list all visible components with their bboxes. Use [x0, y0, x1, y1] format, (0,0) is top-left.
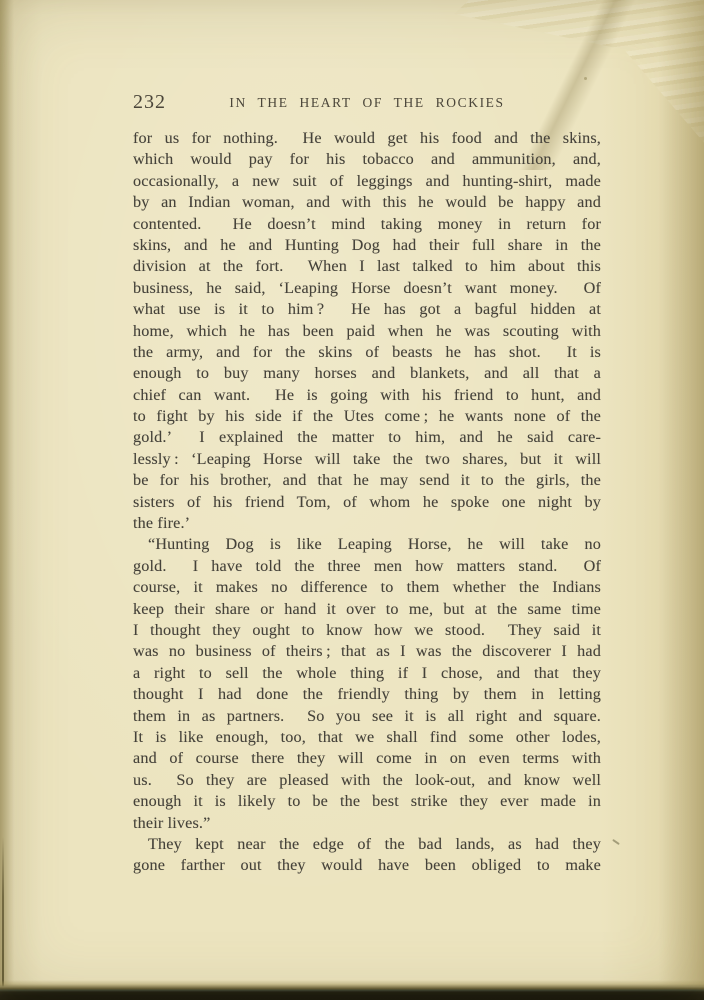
left-page-edge-line — [2, 837, 4, 987]
text-line: the fire.’ — [133, 513, 601, 534]
page-text: for us for nothing. He would get his foo… — [133, 128, 601, 877]
text-line: a right to sell the whole thing if I cho… — [133, 663, 601, 684]
left-page-edge-shading — [0, 0, 14, 986]
text-line: and of course there they will come in on… — [133, 748, 601, 769]
text-line: occasionally, a new suit of leggings and… — [133, 171, 601, 192]
text-line: thought I had done the friendly thing by… — [133, 684, 601, 705]
text-line: business, he said, ‘Leaping Horse doesn’… — [133, 278, 601, 299]
text-line: They kept near the edge of the bad lands… — [133, 834, 601, 855]
text-line: sisters of his friend Tom, of whom he sp… — [133, 492, 601, 513]
text-line: their lives.” — [133, 813, 601, 834]
text-line: enough to buy many horses and blankets, … — [133, 363, 601, 384]
text-line: the army, and for the skins of beasts he… — [133, 342, 601, 363]
running-title: IN THE HEART OF THE ROCKIES — [133, 95, 601, 111]
text-line: to fight by his side if the Utes come ; … — [133, 406, 601, 427]
text-line: gold. I have told the three men how matt… — [133, 556, 601, 577]
text-line: gone farther out they would have been ob… — [133, 855, 601, 876]
book-bottom-edge-shadow — [0, 980, 704, 1000]
text-line: was no business of theirs ; that as I wa… — [133, 641, 601, 662]
text-line: keep their share or hand it over to me, … — [133, 599, 601, 620]
right-page-edge-shading — [658, 0, 704, 986]
text-line: which would pay for his tobacco and ammu… — [133, 149, 601, 170]
page-header: 232 IN THE HEART OF THE ROCKIES — [0, 0, 704, 120]
text-line: them in as partners. So you see it is al… — [133, 706, 601, 727]
text-line: what use is it to him ? He has got a bag… — [133, 299, 601, 320]
text-line: enough it is likely to be the best strik… — [133, 791, 601, 812]
text-line: us. So they are pleased with the look-ou… — [133, 770, 601, 791]
margin-pencil-mark — [612, 839, 620, 845]
paragraph: for us for nothing. He would get his foo… — [133, 128, 601, 534]
text-line: skins, and he and Hunting Dog had their … — [133, 235, 601, 256]
text-line: “Hunting Dog is like Leaping Horse, he w… — [133, 534, 601, 555]
text-line: I thought they ought to know how we stoo… — [133, 620, 601, 641]
paragraph: They kept near the edge of the bad lands… — [133, 834, 601, 877]
text-line: home, which he has been paid when he was… — [133, 321, 601, 342]
text-line: course, it makes no difference to them w… — [133, 577, 601, 598]
text-line: by an Indian woman, and with this he wou… — [133, 192, 601, 213]
text-line: contented. He doesn’t mind taking money … — [133, 214, 601, 235]
book-page-scan: 232 IN THE HEART OF THE ROCKIES for us f… — [0, 0, 704, 1000]
text-line: division at the fort. When I last talked… — [133, 256, 601, 277]
text-line: be for his brother, and that he may send… — [133, 470, 601, 491]
text-line: chief can want. He is going with his fri… — [133, 385, 601, 406]
text-line: lessly : ‘Leaping Horse will take the tw… — [133, 449, 601, 470]
text-line: It is like enough, too, that we shall fi… — [133, 727, 601, 748]
text-line: for us for nothing. He would get his foo… — [133, 128, 601, 149]
paragraph: “Hunting Dog is like Leaping Horse, he w… — [133, 534, 601, 833]
text-line: gold.’ I explained the matter to him, an… — [133, 427, 601, 448]
